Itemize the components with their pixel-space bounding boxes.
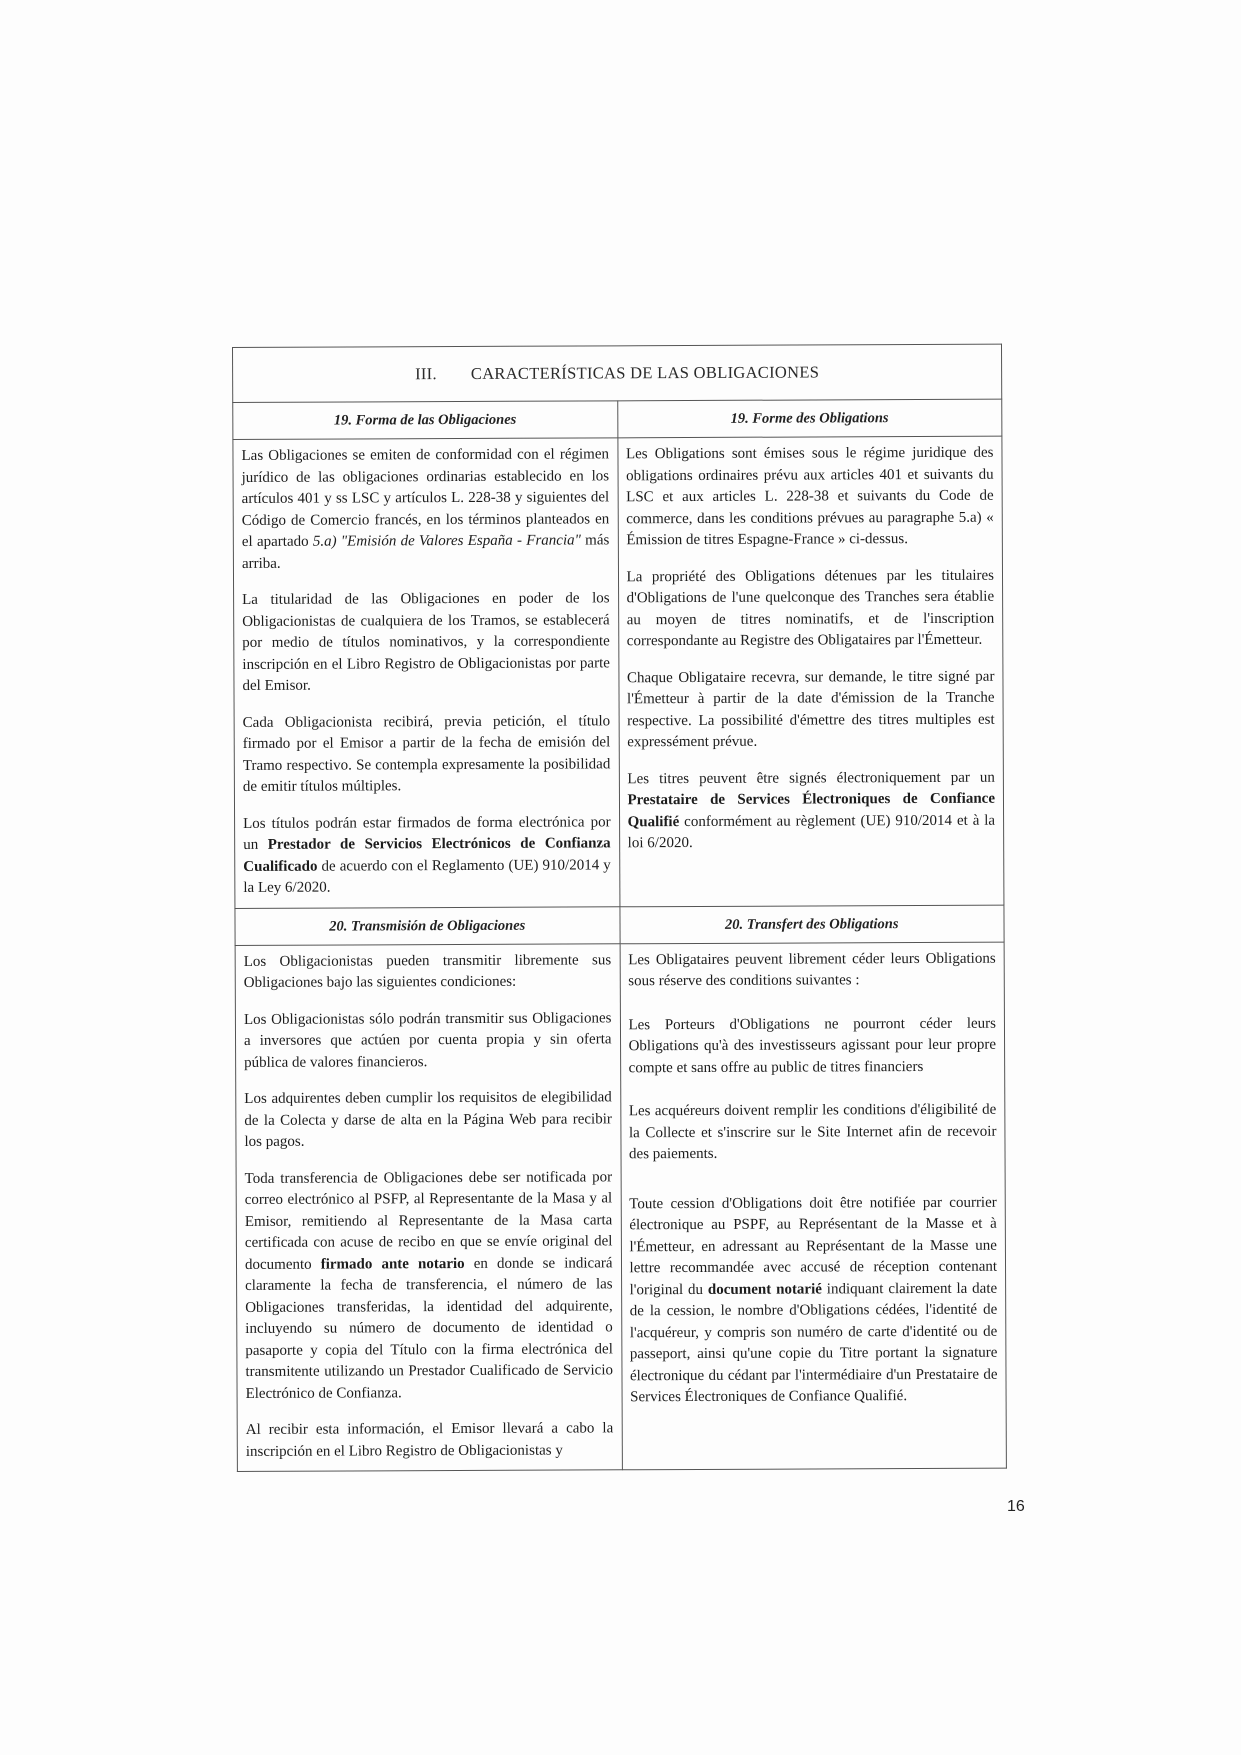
heading-es-20: 20. Transmisión de Obligaciones bbox=[235, 906, 620, 945]
heading-row-19: 19. Forma de las Obligaciones 19. Forme … bbox=[233, 399, 1002, 439]
bilingual-table: III.CARACTERÍSTICAS DE LAS OBLIGACIONES … bbox=[232, 344, 1007, 1472]
section-title: III.CARACTERÍSTICAS DE LAS OBLIGACIONES bbox=[233, 344, 1002, 402]
paragraph: Los Obligacionistas sólo podrán transmit… bbox=[244, 1008, 612, 1074]
paragraph: Cada Obligacionista recibirá, previa pet… bbox=[243, 711, 611, 799]
paragraph: Las Obligaciones se emiten de conformida… bbox=[241, 444, 609, 575]
content-row-19: Las Obligaciones se emiten de conformida… bbox=[233, 436, 1004, 908]
heading-fr-20: 20. Transfert des Obligations bbox=[619, 905, 1004, 944]
content-fr-20: Les Obligataires peuvent librement céder… bbox=[620, 942, 1007, 1470]
paragraph: La propriété des Obligations détenues pa… bbox=[626, 565, 994, 653]
content-es-20: Los Obligacionistas pueden transmitir li… bbox=[235, 943, 622, 1471]
paragraph: Al recibir esta información, el Emisor l… bbox=[246, 1418, 614, 1463]
content-es-19: Las Obligaciones se emiten de conformida… bbox=[233, 438, 620, 908]
paragraph: Les acquéreurs doivent remplir les condi… bbox=[629, 1100, 997, 1166]
section-title-text: CARACTERÍSTICAS DE LAS OBLIGACIONES bbox=[471, 362, 819, 383]
paragraph: Les titres peuvent être signés électroni… bbox=[627, 767, 995, 855]
paragraph: Les Obligations sont émises sous le régi… bbox=[626, 443, 994, 552]
paragraph: La titularidad de las Obligaciones en po… bbox=[242, 588, 610, 697]
paragraph: Toute cession d'Obligations doit être no… bbox=[629, 1192, 997, 1409]
paragraph: Les Porteurs d'Obligations ne pourront c… bbox=[628, 1013, 996, 1079]
paragraph: Los títulos podrán estar firmados de for… bbox=[243, 812, 611, 900]
paragraph: Les Obligataires peuvent librement céder… bbox=[628, 948, 996, 993]
paragraph: Los adquirentes deben cumplir los requis… bbox=[244, 1087, 612, 1153]
heading-es-19: 19. Forma de las Obligaciones bbox=[233, 401, 618, 440]
paragraph: Los Obligacionistas pueden transmitir li… bbox=[244, 950, 612, 995]
page-number: 16 bbox=[1007, 1498, 1025, 1516]
heading-row-20: 20. Transmisión de Obligaciones 20. Tran… bbox=[235, 905, 1004, 945]
paragraph: Chaque Obligataire recevra, sur demande,… bbox=[627, 666, 995, 754]
document-page: III.CARACTERÍSTICAS DE LAS OBLIGACIONES … bbox=[0, 0, 1241, 1755]
paragraph: Toda transferencia de Obligaciones debe … bbox=[245, 1167, 614, 1405]
content-fr-19: Les Obligations sont émises sous le régi… bbox=[617, 436, 1004, 906]
section-header-row: III.CARACTERÍSTICAS DE LAS OBLIGACIONES bbox=[233, 344, 1002, 402]
section-number: III. bbox=[415, 364, 437, 383]
heading-fr-19: 19. Forme des Obligations bbox=[617, 399, 1002, 438]
content-row-20: Los Obligacionistas pueden transmitir li… bbox=[235, 942, 1006, 1472]
